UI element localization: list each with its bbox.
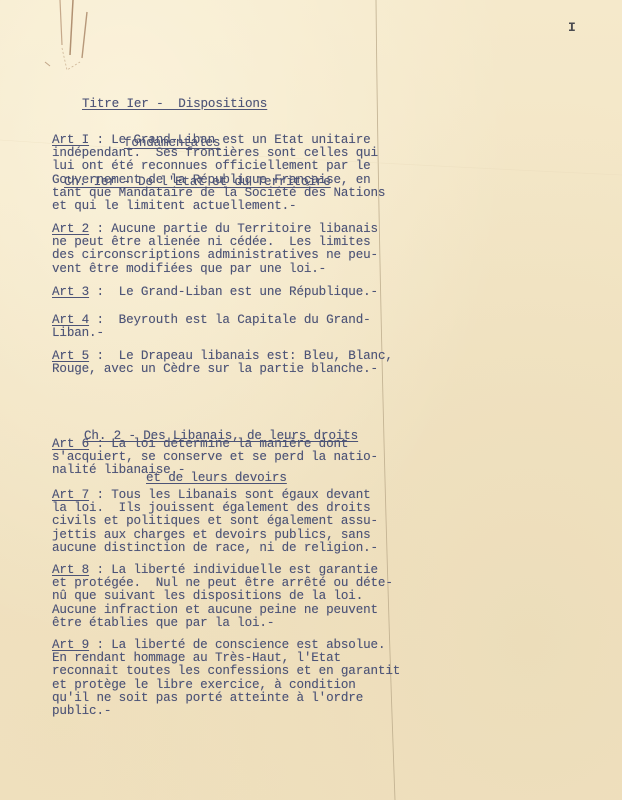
article-label: Art 3 [52,285,89,299]
article-1: Art I : Le Grand-Liban est un Etat unita… [52,134,385,213]
article-label: Art 6 [52,437,89,451]
document-page: I Titre Ier - Dispositions fondamentales… [0,0,622,800]
article-8: Art 8 : La liberté individuelle est gara… [52,564,393,630]
article-5: Art 5 : Le Drapeau libanais est: Bleu, B… [52,350,393,376]
article-7: Art 7 : Tous les Libanais sont égaux dev… [52,489,378,555]
article-label: Art 8 [52,563,89,577]
ink-smudge-mark [40,0,100,80]
article-4: Art 4 : Beyrouth est la Capitale du Gran… [52,314,371,340]
article-9: Art 9 : La liberté de conscience est abs… [52,639,400,718]
article-label: Art 5 [52,349,89,363]
article-label: Art 7 [52,488,89,502]
page-number: I [568,20,576,35]
article-6: Art 6 : La loi détermine la manière dont… [52,438,378,478]
title-line-1: Titre Ier - Dispositions [64,98,331,111]
article-label: Art 9 [52,638,89,652]
article-3: Art 3 : Le Grand-Liban est une Républiqu… [52,286,378,299]
article-label: Art I [52,133,89,147]
article-label: Art 2 [52,222,89,236]
article-label: Art 4 [52,313,89,327]
article-2: Art 2 : Aucune partie du Territoire liba… [52,223,378,276]
